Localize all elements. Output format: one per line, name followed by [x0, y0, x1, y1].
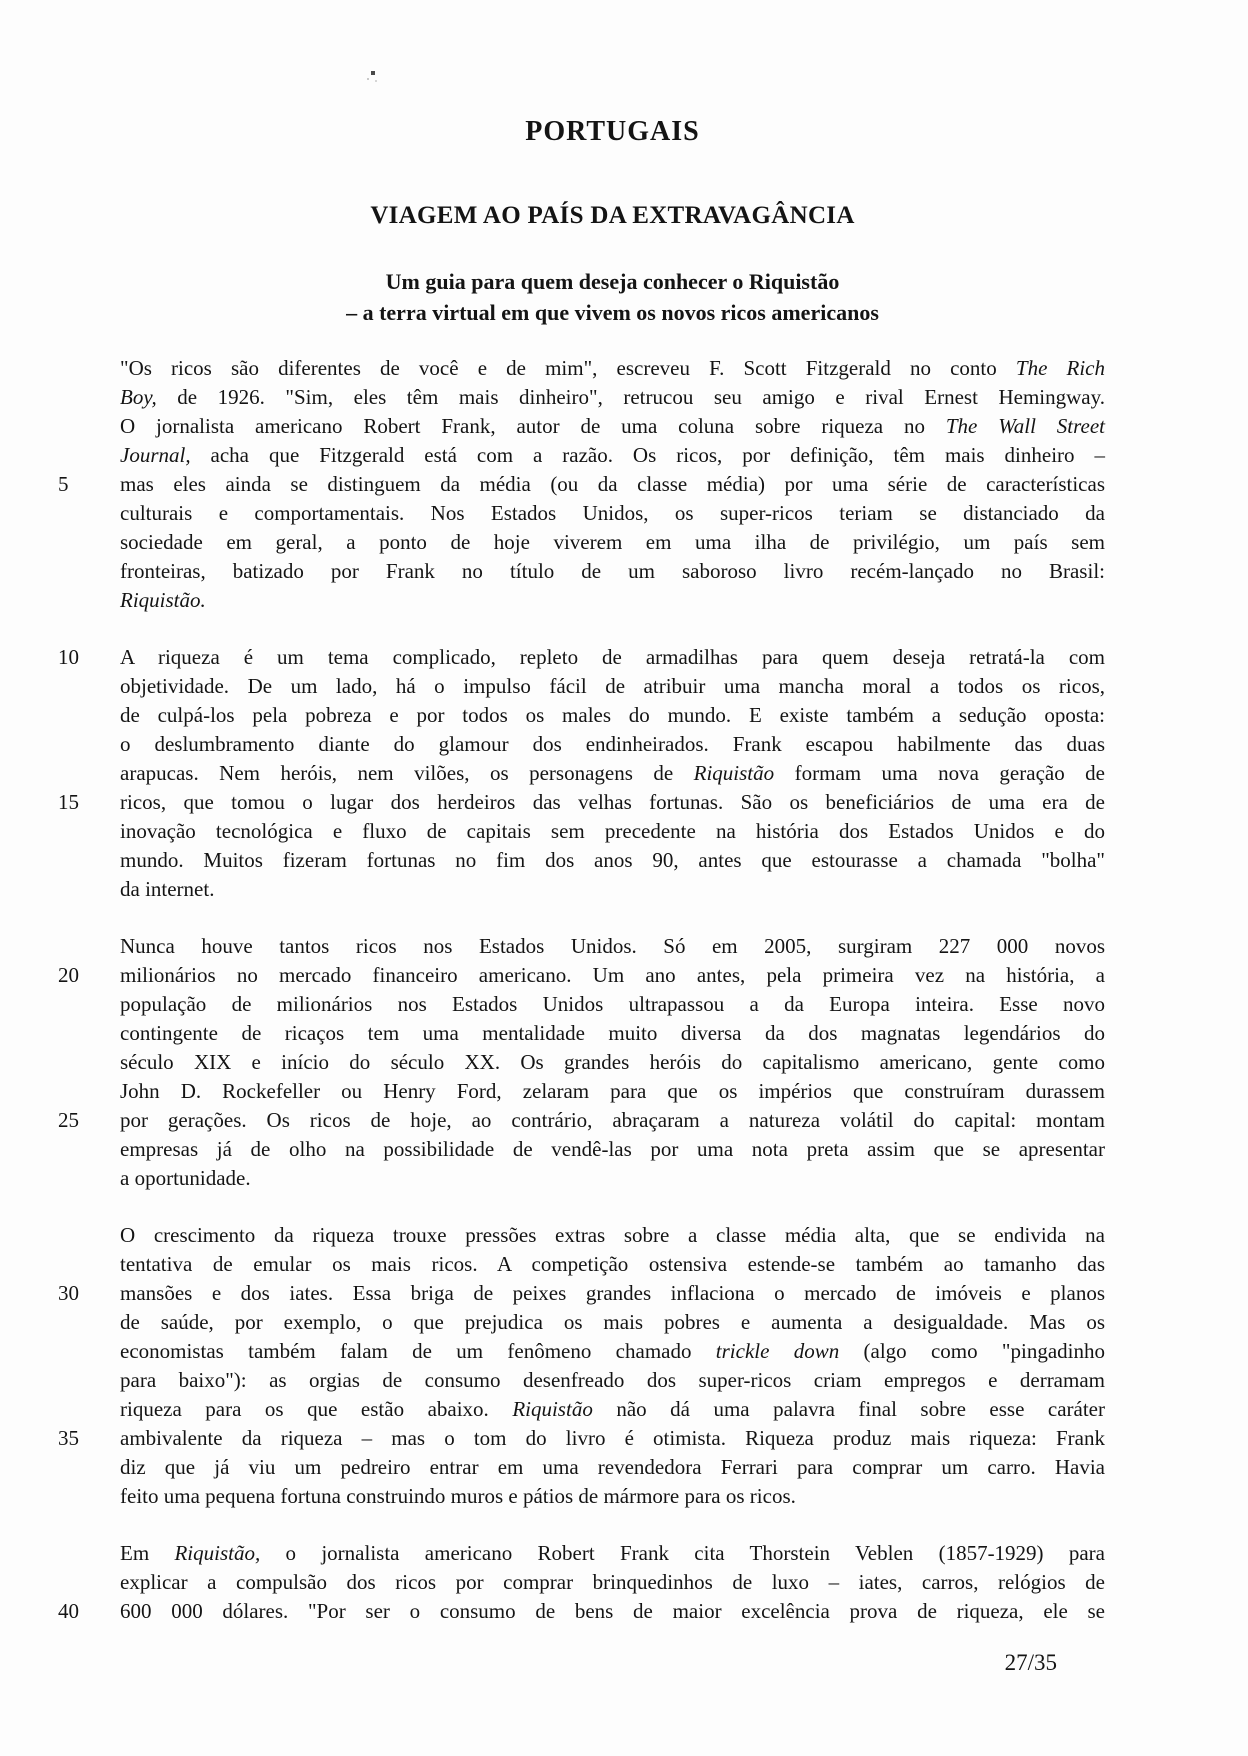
line-number: 15 [58, 788, 108, 817]
paragraph: Em Riquistão, o jornalista americano Rob… [120, 1539, 1105, 1626]
text-segment: mundo. Muitos fizeram fortunas no fim do… [120, 848, 1105, 872]
scan-artifact-dot [371, 71, 375, 75]
text-line: 5mas eles ainda se distinguem da média (… [120, 470, 1105, 499]
text-line: Em Riquistão, o jornalista americano Rob… [120, 1539, 1105, 1568]
text-line: 10A riqueza é um tema complicado, replet… [120, 643, 1105, 672]
line-number: 40 [58, 1597, 108, 1626]
text-line: riqueza para os que estão abaixo. Riquis… [120, 1395, 1105, 1424]
text-line: população de milionários nos Estados Uni… [120, 990, 1105, 1019]
text-segment: mansões e dos iates. Essa briga de peixe… [120, 1281, 1105, 1305]
text-segment: inovação tecnológica e fluxo de capitais… [120, 819, 1105, 843]
text-line: tentativa de emular os mais ricos. A com… [120, 1250, 1105, 1279]
text-segment: não dá uma palavra final sobre esse cará… [593, 1397, 1105, 1421]
text-segment: Em [120, 1541, 174, 1565]
text-segment: (algo como "pingadinho [839, 1339, 1105, 1363]
exam-title: PORTUGAIS [120, 116, 1105, 148]
text-line: 15ricos, que tomou o lugar dos herdeiros… [120, 788, 1105, 817]
text-segment: riqueza para os que estão abaixo. [120, 1397, 512, 1421]
italic-text-segment: Journal, [120, 443, 191, 467]
document-page: PORTUGAIS VIAGEM AO PAÍS DA EXTRAVAGÂNCI… [0, 0, 1248, 1756]
text-segment: contingente de ricaços tem uma mentalida… [120, 1021, 1105, 1045]
text-line: fronteiras, batizado por Frank no título… [120, 557, 1105, 586]
text-line: culturais e comportamentais. Nos Estados… [120, 499, 1105, 528]
text-segment: A riqueza é um tema complicado, repleto … [120, 645, 1105, 669]
italic-text-segment: Riquistão. [120, 588, 206, 612]
text-segment: população de milionários nos Estados Uni… [120, 992, 1105, 1016]
text-segment: a oportunidade. [120, 1166, 251, 1190]
text-line: o deslumbramento diante do glamour dos e… [120, 730, 1105, 759]
text-line: Boy, de 1926. "Sim, eles têm mais dinhei… [120, 383, 1105, 412]
line-number: 20 [58, 961, 108, 990]
text-segment: explicar a compulsão dos ricos por compr… [120, 1570, 1105, 1594]
text-segment: tentativa de emular os mais ricos. A com… [120, 1252, 1105, 1276]
text-body: "Os ricos são diferentes de você e de mi… [120, 354, 1105, 1626]
text-segment: o deslumbramento diante do glamour dos e… [120, 732, 1105, 756]
text-line: John D. Rockefeller ou Henry Ford, zelar… [120, 1077, 1105, 1106]
text-segment: empresas já de olho na possibilidade de … [120, 1137, 1105, 1161]
text-line: Journal, acha que Fitzgerald está com a … [120, 441, 1105, 470]
paragraph: "Os ricos são diferentes de você e de mi… [120, 354, 1105, 615]
text-segment: de culpá-los pela pobreza e por todos os… [120, 703, 1105, 727]
text-line: de culpá-los pela pobreza e por todos os… [120, 701, 1105, 730]
text-line: economistas também falam de um fenômeno … [120, 1337, 1105, 1366]
text-segment: de saúde, por exemplo, o que prejudica o… [120, 1310, 1105, 1334]
text-line: Riquistão. [120, 586, 1105, 615]
italic-text-segment: trickle down [716, 1339, 839, 1363]
text-line: para baixo"): as orgias de consumo desen… [120, 1366, 1105, 1395]
text-segment: fronteiras, batizado por Frank no título… [120, 559, 1105, 583]
text-segment: ambivalente da riqueza – mas o tom do li… [120, 1426, 1105, 1450]
line-number: 25 [58, 1106, 108, 1135]
text-line: século XIX e início do século XX. Os gra… [120, 1048, 1105, 1077]
subtitle-line-1: Um guia para quem deseja conhecer o Riqu… [120, 266, 1105, 297]
subtitle-line-2: – a terra virtual em que vivem os novos … [120, 297, 1105, 328]
text-line: empresas já de olho na possibilidade de … [120, 1135, 1105, 1164]
page-number: 27/35 [1005, 1650, 1057, 1676]
text-line: arapucas. Nem heróis, nem vilões, os per… [120, 759, 1105, 788]
paragraph: Nunca houve tantos ricos nos Estados Uni… [120, 932, 1105, 1193]
text-line: 30mansões e dos iates. Essa briga de pei… [120, 1279, 1105, 1308]
text-segment: economistas também falam de um fenômeno … [120, 1339, 716, 1363]
paragraph: O crescimento da riqueza trouxe pressões… [120, 1221, 1105, 1511]
line-number: 5 [58, 470, 108, 499]
text-line: 20milionários no mercado financeiro amer… [120, 961, 1105, 990]
text-segment: o jornalista americano Robert Frank cita… [260, 1541, 1105, 1565]
text-segment: diz que já viu um pedreiro entrar em uma… [120, 1455, 1105, 1479]
text-segment: culturais e comportamentais. Nos Estados… [120, 501, 1105, 525]
text-line: de saúde, por exemplo, o que prejudica o… [120, 1308, 1105, 1337]
text-line: inovação tecnológica e fluxo de capitais… [120, 817, 1105, 846]
text-segment: ricos, que tomou o lugar dos herdeiros d… [120, 790, 1105, 814]
text-segment: mas eles ainda se distinguem da média (o… [120, 472, 1105, 496]
line-number: 10 [58, 643, 108, 672]
text-line: feito uma pequena fortuna construindo mu… [120, 1482, 1105, 1511]
italic-text-segment: Riquistão [694, 761, 775, 785]
text-line: mundo. Muitos fizeram fortunas no fim do… [120, 846, 1105, 875]
text-line: 35ambivalente da riqueza – mas o tom do … [120, 1424, 1105, 1453]
text-segment: século XIX e início do século XX. Os gra… [120, 1050, 1105, 1074]
italic-text-segment: Boy, [120, 385, 157, 409]
text-segment: milionários no mercado financeiro americ… [120, 963, 1105, 987]
text-line: da internet. [120, 875, 1105, 904]
text-line: 25por gerações. Os ricos de hoje, ao con… [120, 1106, 1105, 1135]
text-segment: da internet. [120, 877, 214, 901]
italic-text-segment: The Wall Street [946, 414, 1105, 438]
text-segment: objetividade. De um lado, há o impulso f… [120, 674, 1105, 698]
text-line: explicar a compulsão dos ricos por compr… [120, 1568, 1105, 1597]
text-line: diz que já viu um pedreiro entrar em uma… [120, 1453, 1105, 1482]
text-line: sociedade em geral, a ponto de hoje vive… [120, 528, 1105, 557]
text-line: O crescimento da riqueza trouxe pressões… [120, 1221, 1105, 1250]
article-title: VIAGEM AO PAÍS DA EXTRAVAGÂNCIA [120, 202, 1105, 230]
text-line: Nunca houve tantos ricos nos Estados Uni… [120, 932, 1105, 961]
text-segment: feito uma pequena fortuna construindo mu… [120, 1484, 796, 1508]
text-segment: "Os ricos são diferentes de você e de mi… [120, 356, 1016, 380]
text-line: contingente de ricaços tem uma mentalida… [120, 1019, 1105, 1048]
text-segment: John D. Rockefeller ou Henry Ford, zelar… [120, 1079, 1105, 1103]
text-line: objetividade. De um lado, há o impulso f… [120, 672, 1105, 701]
text-segment: Nunca houve tantos ricos nos Estados Uni… [120, 934, 1105, 958]
text-segment: O jornalista americano Robert Frank, aut… [120, 414, 946, 438]
text-segment: para baixo"): as orgias de consumo desen… [120, 1368, 1105, 1392]
paragraph: 10A riqueza é um tema complicado, replet… [120, 643, 1105, 904]
text-segment: O crescimento da riqueza trouxe pressões… [120, 1223, 1105, 1247]
text-line: O jornalista americano Robert Frank, aut… [120, 412, 1105, 441]
text-segment: acha que Fitzgerald está com a razão. Os… [191, 443, 1105, 467]
text-segment: formam uma nova geração de [774, 761, 1105, 785]
text-line: "Os ricos são diferentes de você e de mi… [120, 354, 1105, 383]
text-segment: 600 000 dólares. "Por ser o consumo de b… [120, 1599, 1105, 1623]
text-line: a oportunidade. [120, 1164, 1105, 1193]
text-segment: sociedade em geral, a ponto de hoje vive… [120, 530, 1105, 554]
line-number: 35 [58, 1424, 108, 1453]
italic-text-segment: Riquistão, [174, 1541, 260, 1565]
line-number: 30 [58, 1279, 108, 1308]
italic-text-segment: Riquistão [512, 1397, 593, 1421]
text-line: 40600 000 dólares. "Por ser o consumo de… [120, 1597, 1105, 1626]
italic-text-segment: The Rich [1016, 356, 1105, 380]
text-segment: arapucas. Nem heróis, nem vilões, os per… [120, 761, 694, 785]
text-segment: de 1926. "Sim, eles têm mais dinheiro", … [157, 385, 1105, 409]
article-subtitle: Um guia para quem deseja conhecer o Riqu… [120, 266, 1105, 328]
text-segment: por gerações. Os ricos de hoje, ao contr… [120, 1108, 1105, 1132]
